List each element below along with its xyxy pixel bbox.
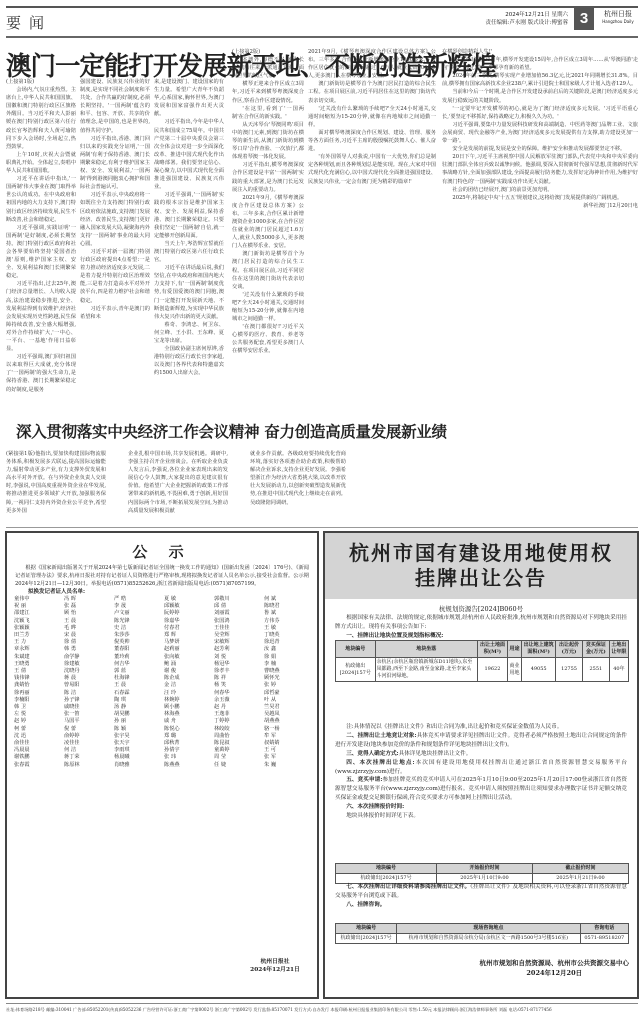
article-paragraph: 习近平指出,过去25年,澳门经济总量增长、人均收入提高,法治建设稳步推进,安全、… xyxy=(6,280,76,353)
paper-logo: 杭州日报 Hangzhou Daily xyxy=(598,10,638,26)
namelist-item: 陈 颖 xyxy=(114,726,164,733)
article-paragraph: 习近平表示,青年是澳门的希望和未 xyxy=(80,305,150,321)
namelist-item: 张向敏 xyxy=(164,654,214,661)
newspaper-page: 要闻 2024年12月21日 星期六 责任编辑:芦永刚 版式设计:傅蜜蓉 3 杭… xyxy=(0,0,644,1024)
table-row: 杭政储出[2024]157号2025年1月10日9:002025年1月21日9:… xyxy=(336,874,629,884)
article-paragraph: 习近平指出,香港、澳门回归以来的实践充分证明,'一国两制'有利于保持香港、澳门长… xyxy=(80,135,150,192)
namelist-item: 何春华 xyxy=(214,690,264,697)
namelist-item: 陈原林 xyxy=(64,762,114,769)
table-cell: 杭政储出[2024]157号 xyxy=(336,934,397,944)
namelist-item: 徐再丽 xyxy=(14,690,64,697)
article-paragraph: 上午10时,庆祝大会暨就职典礼开始。全体起立,奏唱中华人民共和国国歌。 xyxy=(6,151,76,175)
namelist-item: 李楠阳 xyxy=(14,697,64,704)
namelist-item: 朱 巍 xyxy=(264,762,314,769)
table-header-cell: 出让土地面积(M²) xyxy=(478,641,508,658)
table-header-cell: 地块编号 xyxy=(336,924,397,934)
namelist-item: 丁婷婷 xyxy=(214,718,264,725)
namelist-item: 王 敏 xyxy=(264,625,314,632)
namelist-item: 陈光锋 xyxy=(114,618,164,625)
namelist-item: 陶 琪 xyxy=(114,697,164,704)
article1-col2: 强国建设、民族复兴伟业的好制度,是实现不同社会制度和平共处、合作共赢的好制度,必… xyxy=(80,78,150,413)
article-paragraph: 习近平强调,要集中力量发展科技研发和高端制造、中医药等澳门品牌工业、文旅会展商贸… xyxy=(442,121,638,145)
article-paragraph: 当前和今后一个时期,是合作区开发建设承前启后的关键阶段,是澳门经济适度多元发展行… xyxy=(442,88,638,104)
table-header-cell: 地块编号 xyxy=(336,641,376,658)
article-paragraph: 社会的团结已经展开,澳门的前景更加光明。 xyxy=(442,186,638,194)
namelist-item: 杨冠华 xyxy=(214,661,264,668)
namelist-item: 骆一杨 xyxy=(264,726,314,733)
article-paragraph: 在横琴创造精彩人生!' xyxy=(442,48,638,56)
masthead-rule xyxy=(6,36,638,38)
section-heading: 八、挂牌咨询。 xyxy=(346,902,385,908)
namelist-item: 张春霞 xyxy=(14,762,64,769)
namelist-item: 周 莹 xyxy=(214,754,264,761)
table-header-cell: 开始报价时间 xyxy=(436,864,532,874)
namelist-item: 杨 笑 xyxy=(214,682,264,689)
article-paragraph: 当天上午,岑浩辉宣誓就任澳门特别行政区第六任行政长官。 xyxy=(154,240,224,264)
namelist-item: 卢文丽 xyxy=(114,610,164,617)
namelist-item: 赵莉丽 xyxy=(164,646,214,653)
table-header-cell: 地块坐落 xyxy=(375,641,478,658)
namelist-item: 邱哲豪 xyxy=(264,690,314,697)
namelist-item: 余玉薇 xyxy=(214,697,264,704)
table-header-cell: 地块编号 xyxy=(336,864,437,874)
article-paragraph: 习近平强调,'一国两制'实践的根本宗旨是维护国家主权、安全、发展利益,保持香港、… xyxy=(154,191,224,240)
signature-date: 2024年12月20日 xyxy=(480,968,630,978)
namelist-item: 石春霖 xyxy=(114,690,164,697)
public-notice-title: 公 示 xyxy=(7,541,317,562)
namelist-item: 鲁 斌 xyxy=(264,610,314,617)
namelist-item: 谢铁鹏 xyxy=(14,754,64,761)
land-sections-2: 七、本次挂牌出让详细资料请参阅挂牌出让文件。《挂牌出让文件》及地块相关资料,可以… xyxy=(335,883,627,910)
article1-byline: 新华社澳门12月20日电 xyxy=(442,202,638,210)
article-paragraph: 安全是发展的前提,发展是安全的保障。维护安全和推动发展都要坚定不移。 xyxy=(442,145,638,153)
namelist-item: 张 婷 xyxy=(264,682,314,689)
land-auction-notice: 杭州市国有建设用地使用权 挂牌出让公告 杭规划资源告[2024]B060号 根据… xyxy=(323,531,639,999)
article-paragraph: 习近平在讲话最后说,我们坚信,在中央政府和祖国内地大力支持下,有'一国两制'制度… xyxy=(154,264,224,321)
table-header-cell: 出让起价(万元) xyxy=(556,641,583,658)
article-paragraph: 蔡奇、李鸿忠、何卫东、何立峰、王小洪、王东峰、夏宝龙等出席。 xyxy=(154,321,224,345)
namelist-item: 龚婧怡 xyxy=(14,682,64,689)
land-notice-signature: 杭州市规划和自然资源局、杭州市公共资源交易中心 2024年12月20日 xyxy=(480,958,630,978)
table-cell: 余杭区(余杭区瓶窑镇新城东D11地块),东至凤都路,西至下金路,南至金家路,北至… xyxy=(375,658,478,682)
document-number: 杭规划资源告[2024]B060号 xyxy=(325,604,637,613)
article-paragraph: 本澳外,海德不兴,统海长虹,航船往来,一派通江达海、面向世界的城区气象。 xyxy=(232,56,304,80)
article-paragraph: 2025年,将制定中央'十五五'规划建议,这将给澳门发展提供新的广阔机遇。 xyxy=(442,194,638,202)
table-header-cell: 出让地上建筑面积(M²) xyxy=(522,641,556,658)
namelist-item: 蒋丁荣 xyxy=(64,754,114,761)
table-cell: 19622 xyxy=(478,658,508,682)
page-footer: 社址:体育场路218号 邮编:310041 广告部:85052201(传真)85… xyxy=(6,1003,638,1013)
namelist-item: 付春君 xyxy=(164,625,214,632)
signature-org: 杭州市规划和自然资源局、杭州市公共资源交易中心 xyxy=(480,958,630,968)
section-heading: 五、竞买申请: xyxy=(346,777,382,783)
namelist-grid: 童伟中冯 晖严 晧夏 敏郭敬川何 斌祝 丽张 磊李 晟邱颖敏邱 倩陈晓君邵建江顾… xyxy=(14,596,314,769)
article-paragraph: 会场内,气氛庄重热烈。主席台上,中华人民共和国国旗、国徽和澳门特别行政区区旗格外… xyxy=(6,86,76,151)
consultation-table: 地块编号现场咨询地点咨询电话 杭政储出[2024]157号杭州市规划和自然资源局… xyxy=(335,923,629,944)
namelist-item: 徐 娟 xyxy=(264,654,314,661)
namelist-item: 戚 舟 xyxy=(164,718,214,725)
issue-date: 2024年12月21日 星期六 xyxy=(486,11,568,19)
article-paragraph: 习近平对新一届澳门特别行政区政府提出4点希望:一是着力推动经济适度多元发展,二是… xyxy=(80,248,150,305)
namelist-item: 沈 迅 xyxy=(14,733,64,740)
namelist-item: 陈 洁 xyxy=(64,690,114,697)
table-row: 杭政储出[2024]157号余杭区(余杭区瓶窑镇新城东D11地块),东至凤都路,… xyxy=(336,658,629,682)
article-paragraph: '过关没有什么繁琐的手续吧?'全天24小时通关,交通时间缩短为15-20分钟,就… xyxy=(308,105,436,129)
namelist-item: 张颖颖 xyxy=(14,625,64,632)
namelist-item: 叶 从 xyxy=(264,697,314,704)
article2-col1: (紧接第1版)他指出,要加快构建国际物流服务体系,积极发展多式联运,提高国际运输… xyxy=(6,450,106,524)
masthead-info: 2024年12月21日 星期六 责任编辑:芦永刚 版式设计:傅蜜蓉 xyxy=(486,11,568,27)
namelist-item: 马国平 xyxy=(64,718,114,725)
title-line: 挂牌出让公告 xyxy=(325,566,637,591)
namelist-item: 何吉华 xyxy=(114,661,164,668)
namelist-item: 汪 玲 xyxy=(164,690,214,697)
article1-col6: 在横琴创造精彩人生!' 澳门回归祖国25周年,横琴开发建设15周年,合作区成立3… xyxy=(442,48,638,413)
article-paragraph: 强国建设、民族复兴伟业的好制度,是实现不同社会制度和平共处、合作共赢的好制度,必… xyxy=(80,78,150,135)
namelist-item: 张 军 xyxy=(264,754,314,761)
land-intro: 根据国家有关法律、法规的规定,依据城市规划,经杭州市人民政府批准,杭州市规划和自… xyxy=(335,614,627,641)
table-cell: 2025年1月21日9:00 xyxy=(532,874,628,884)
article2-headline: 深入贯彻落实中央经济工作会议精神 奋力创造高质量发展新业绩 xyxy=(16,420,416,442)
section-name: 要闻 xyxy=(6,12,52,33)
table-header-cell: 土地出让年限 xyxy=(609,641,628,658)
namelist-item: 王佳佳 xyxy=(214,625,264,632)
table-header-cell: 现场咨询地点 xyxy=(397,924,580,934)
public-notice-body: 根据《国家新闻出版署关于开展2024年第七版新闻记者证全国统一换发工作的通知》(… xyxy=(15,564,309,588)
section-heading: 四、本次挂牌出让地点: xyxy=(346,760,414,766)
article-paragraph: '过关没有什么繁琐的手续吧?'全天24小时通关,交通时间缩短为15-20分钟,就… xyxy=(232,291,304,323)
namelist-heading: 拟换发记者证人员名单: xyxy=(28,587,85,595)
paper-name: 杭州日报 xyxy=(604,10,632,18)
namelist-item: 任 婕 xyxy=(214,762,264,769)
article-paragraph: (上接第2版) xyxy=(232,48,304,56)
article-paragraph: 2024年前三季度,横琴实现产业增加值56.3亿元,比2021年同期增长31.8… xyxy=(442,72,638,88)
table-cell: 商业用地 xyxy=(507,658,521,682)
article-paragraph: 从天沐琴台'琴澳同鸣'项目中的澳门元素,到澳门街坊在横琴的新生活,从澳门新街坊到… xyxy=(232,121,304,161)
namelist-item: 刘丽霞 xyxy=(214,610,264,617)
masthead: 要闻 2024年12月21日 星期六 责任编辑:芦永刚 版式设计:傅蜜蓉 3 杭… xyxy=(6,6,638,32)
title-line: 杭州市国有建设用地使用权 xyxy=(325,541,637,566)
namelist-item: 张宇昊 xyxy=(114,733,164,740)
namelist-item: 董春阳 xyxy=(114,646,164,653)
table-cell: 40年 xyxy=(609,658,628,682)
namelist-item: 顾 怡 xyxy=(64,610,114,617)
namelist-item: 王 晨 xyxy=(64,618,114,625)
namelist-item: 陈燕燕 xyxy=(164,762,214,769)
section-text: 地块具体报价时间详见下表。 xyxy=(335,812,627,821)
table-header-cell: 竞买保证金(万元) xyxy=(582,641,609,658)
paragraph: 根据国家有关法律、法规的规定,依据城市规划,经杭州市人民政府批准,杭州市规划和自… xyxy=(335,614,627,632)
namelist-item: 陈悦心 xyxy=(164,726,214,733)
land-notice-title: 杭州市国有建设用地使用权 挂牌出让公告 xyxy=(325,541,637,591)
namelist-item: 王 晨 xyxy=(114,682,164,689)
namelist-item: 史 洁 xyxy=(114,625,164,632)
table-cell: 49055 xyxy=(522,658,556,682)
namelist-item: 李 楠 xyxy=(264,661,314,668)
article-paragraph: '有外国领导人对我说,中国有一大优势,你们总是制定各种规划,而且各种规划总是能实… xyxy=(308,153,436,185)
namelist-item: 胡燕燕 xyxy=(264,718,314,725)
article2-col2: 企业扎根中国市场,共享发展机遇。调研中,李强主持召开企业座谈会。在听取企业负责人… xyxy=(128,450,228,524)
article-paragraph: 全国政协副主席何厚铧,香港特别行政区行政长官李家超,以及澳门各界代表和特邀嘉宾约… xyxy=(154,345,224,377)
table-cell: 2025年1月10日9:00 xyxy=(436,874,532,884)
land-sections: 注:具体情况以《挂牌出让文件》和出让合同为准,出让起价和竞买保证金数值为人民币。… xyxy=(335,723,627,821)
namelist-item: 邵建江 xyxy=(14,610,64,617)
article-paragraph: 习近平强调,实践证明'一国两制'是好制度,必须长期坚持。澳门特别行政区政府和社会… xyxy=(6,224,76,281)
article-paragraph: 就业多作贡献。各级政府要持续优化营商环境,落实好各项惠企助企政策,积极帮助解决企… xyxy=(250,450,346,507)
table-row: 杭政储出[2024]157号杭州市规划和自然资源局余杭分局(余杭区文一西路150… xyxy=(336,934,629,944)
table-header-cell: 咨询电话 xyxy=(580,924,628,934)
land-parcel-table: 地块编号地块坐落出让土地面积(M²)用途出让地上建筑面积(M²)出让起价(万元)… xyxy=(335,640,629,682)
section-heading: 七、本次挂牌出让详细资料请参阅挂牌出让文件。 xyxy=(346,884,470,890)
signature-org: 杭州日报社 xyxy=(240,958,310,966)
namelist-item: 倪 蕾 xyxy=(64,726,114,733)
article-paragraph: (紧接第1版)他指出,要加快构建国际物流服务体系,积极发展多式联运,提高国际运输… xyxy=(6,450,106,515)
namelist-item: 朱斌建 xyxy=(14,654,64,661)
namelist-item: 汝 鑫 xyxy=(264,646,314,653)
article-paragraph: 横琴正迎来合作区成立3周年,习近平来到横琴粤澳深度合作区,察看合作区建设情况。 xyxy=(232,80,304,104)
section-heading: 一、挂牌出让地块位置及规划指标概况: xyxy=(346,633,443,639)
namelist-item: 毛 晔 xyxy=(64,625,114,632)
table-cell: 杭政储出[2024]157号 xyxy=(336,658,376,682)
signature-date: 2024年12月21日 xyxy=(240,966,310,974)
section-heading: 二、挂牌出让土地竞让对象: xyxy=(346,733,416,739)
namelist-item: 肖晓雅 xyxy=(114,762,164,769)
note-paragraph: 注:具体情况以《挂牌出让文件》和出让合同为准,出让起价和竞买保证金数值为人民币。 xyxy=(335,723,627,732)
table-cell: 12755 xyxy=(556,658,583,682)
table-cell: 杭政储出[2024]157号 xyxy=(336,874,437,884)
article-paragraph: 习近平强调,澳门回归祖国以来取得巨大成就,充分体现了'一国两制'的强大生命力,是… xyxy=(6,353,76,393)
namelist-item: 孙 丽 xyxy=(114,718,164,725)
article-paragraph: 面对横琴粤澳深度合作区规划、建设、管理、服务等各方面任务,习近平主席的殷殷嘱托鼓… xyxy=(308,129,436,153)
namelist-item: 张国鸿 xyxy=(214,618,264,625)
article-paragraph: 习近平表示,中央政府将一如既往全力支持澳门特别行政区政府依法施政,支持澳门发展经… xyxy=(80,191,150,248)
article1-col4: (上接第2版) 本澳外,海德不兴,统海长虹,航船往来,一派通江达海、面向世界的城… xyxy=(232,48,304,413)
article1-col1: (上接第1版) 会场内,气氛庄重热烈。主席台上,中华人民共和国国旗、国徽和澳门特… xyxy=(6,78,76,413)
namelist-item: 曾易阳 xyxy=(64,682,114,689)
namelist-item: 董玲莉 xyxy=(114,654,164,661)
section-heading: 三、竞得人确定方式: xyxy=(346,751,398,757)
namelist-item: 赵芳利 xyxy=(214,646,264,653)
article-paragraph: 2021年9月,《横琴粤澳深度合作区建设总体方案》公布。三年多来,合作区累计新增… xyxy=(308,48,436,80)
article-paragraph: 习近平指出,横琴粤澳深度合作区建设是丰富'一国两制'实践的重大部署,是为澳门长远… xyxy=(232,161,304,193)
namelist-item: 周曲怡 xyxy=(214,733,264,740)
article-paragraph: '一定要牢记开发横琴的初心,就是为了澳门经济适度多元发展。'习近平语重心长,'要… xyxy=(442,105,638,121)
namelist-item: 郑 璐 xyxy=(164,733,214,740)
article-paragraph: 习近平指出,今年是中华人民共和国成立75周年。中国共产党第二十届中央委员会第三次… xyxy=(154,118,224,191)
namelist-item: 金 洁 xyxy=(164,682,214,689)
bid-time-table: 地块编号开始报价时间截止报价时间 杭政储出[2024]157号2025年1月10… xyxy=(335,863,629,884)
article-paragraph: 2021年9月,《横琴粤澳深度合作区建设总体方案》公布。三年多来,合作区累计新增… xyxy=(232,194,304,251)
namelist-item: 柯 蕾 xyxy=(14,726,64,733)
page-number: 3 xyxy=(574,8,594,30)
namelist-item: 韩 勇 xyxy=(64,646,114,653)
namelist-item: 徐建敏 xyxy=(64,661,114,668)
article2-col3: 就业多作贡献。各级政府要持续优化营商环境,落实好各项惠企助企政策,积极帮助解决企… xyxy=(250,450,346,524)
namelist-item: 俞婷婷 xyxy=(64,733,114,740)
article-paragraph: 来,是建设澳门、建设国家的有生力量。希望广大青年不负韶华,心系国家,胸怀世界,为… xyxy=(154,78,224,118)
namelist-item: 孙子锋 xyxy=(64,697,114,704)
namelist-item: 杨晨曦 xyxy=(114,754,164,761)
table-cell: 2551 xyxy=(582,658,609,682)
article-paragraph: '在澳门都很好!'习近平关心横琴的医疗、教育、养老等公共服务配套,希望更多澳门人… xyxy=(232,323,304,355)
table-cell: 杭州市规划和自然资源局余杭分局(余杭区文一西路1500号3号楼516室) xyxy=(397,934,580,944)
namelist-item: 赵 婷 xyxy=(14,718,64,725)
article-paragraph: 澳门新街坊是横琴首个为澳门居民打造的综合民生工程。在项目展区前,习近平同居住在这… xyxy=(308,80,436,104)
namelist-item: 林皎皎 xyxy=(214,726,264,733)
article-paragraph: 澳门回归祖国25周年,横琴开发建设15周年,合作区成立3周年……从'琴澳同游'走… xyxy=(442,56,638,72)
table-cell: 0571-89518207 xyxy=(580,934,628,944)
paper-name-en: Hangzhou Daily xyxy=(598,18,638,26)
namelist-item: 牟 军 xyxy=(264,733,314,740)
table-header-cell: 用途 xyxy=(507,641,521,658)
table-header-cell: 截止报价时间 xyxy=(532,864,628,874)
namelist-item: 章永辉 xyxy=(14,646,64,653)
namelist-item: 俞学静 xyxy=(64,654,114,661)
namelist-item: 刘 悦 xyxy=(214,654,264,661)
namelist-item: 鲍 涌 xyxy=(164,661,214,668)
article1-col3: 来,是建设澳门、建设国家的有生力量。希望广大青年不负韶华,心系国家,胸怀世界,为… xyxy=(154,78,224,413)
namelist-item: 王晓勇 xyxy=(14,661,64,668)
public-notice-signature: 杭州日报社 2024年12月21日 xyxy=(240,958,310,974)
section-heading: 六、本次挂牌报价时间: xyxy=(346,804,404,810)
article-paragraph: 澳门新街坊是横琴首个为澳门居民打造的综合民生工程。在项目展区前,习近平同居住在这… xyxy=(232,250,304,290)
section-rule xyxy=(6,527,638,528)
namelist-item: 徐嘉华 xyxy=(164,618,214,625)
article-paragraph: '在这里,看到了'一国两制'在合作区的新实践。' xyxy=(232,105,304,121)
namelist-item: 阮婷婷 xyxy=(164,610,214,617)
article-paragraph: (上接第1版) xyxy=(6,78,76,86)
article-paragraph: 20日下午,习近平主席视察中国人民解放军驻澳门部队,代表党中央和中央军委向驻澳门… xyxy=(442,153,638,185)
article-paragraph: 习近平在讲话中指出,'一国两制'伟大事业在澳门取得举世公认的成功。在中央政府和祖… xyxy=(6,175,76,224)
editors-credit: 责任编辑:芦永刚 版式设计:傅蜜蓉 xyxy=(486,19,568,27)
section-text: 具体详见地块挂牌出让文件。 xyxy=(399,751,472,757)
namelist-item: 林婉婷 xyxy=(164,697,214,704)
article1-col5: 2021年9月,《横琴粤澳深度合作区建设总体方案》公布。三年多来,合作区累计新增… xyxy=(308,48,436,413)
article-paragraph: 企业扎根中国市场,共享发展机遇。调研中,李强主持召开企业座谈会。在听取企业负责人… xyxy=(128,450,228,515)
land-notice-header: 杭州市国有建设用地使用权 挂牌出让公告 xyxy=(325,533,637,599)
namelist-item: 张 玮 xyxy=(164,754,214,761)
namelist-item: 沈颖飞 xyxy=(14,618,64,625)
namelist-item: 方伟芬 xyxy=(264,618,314,625)
